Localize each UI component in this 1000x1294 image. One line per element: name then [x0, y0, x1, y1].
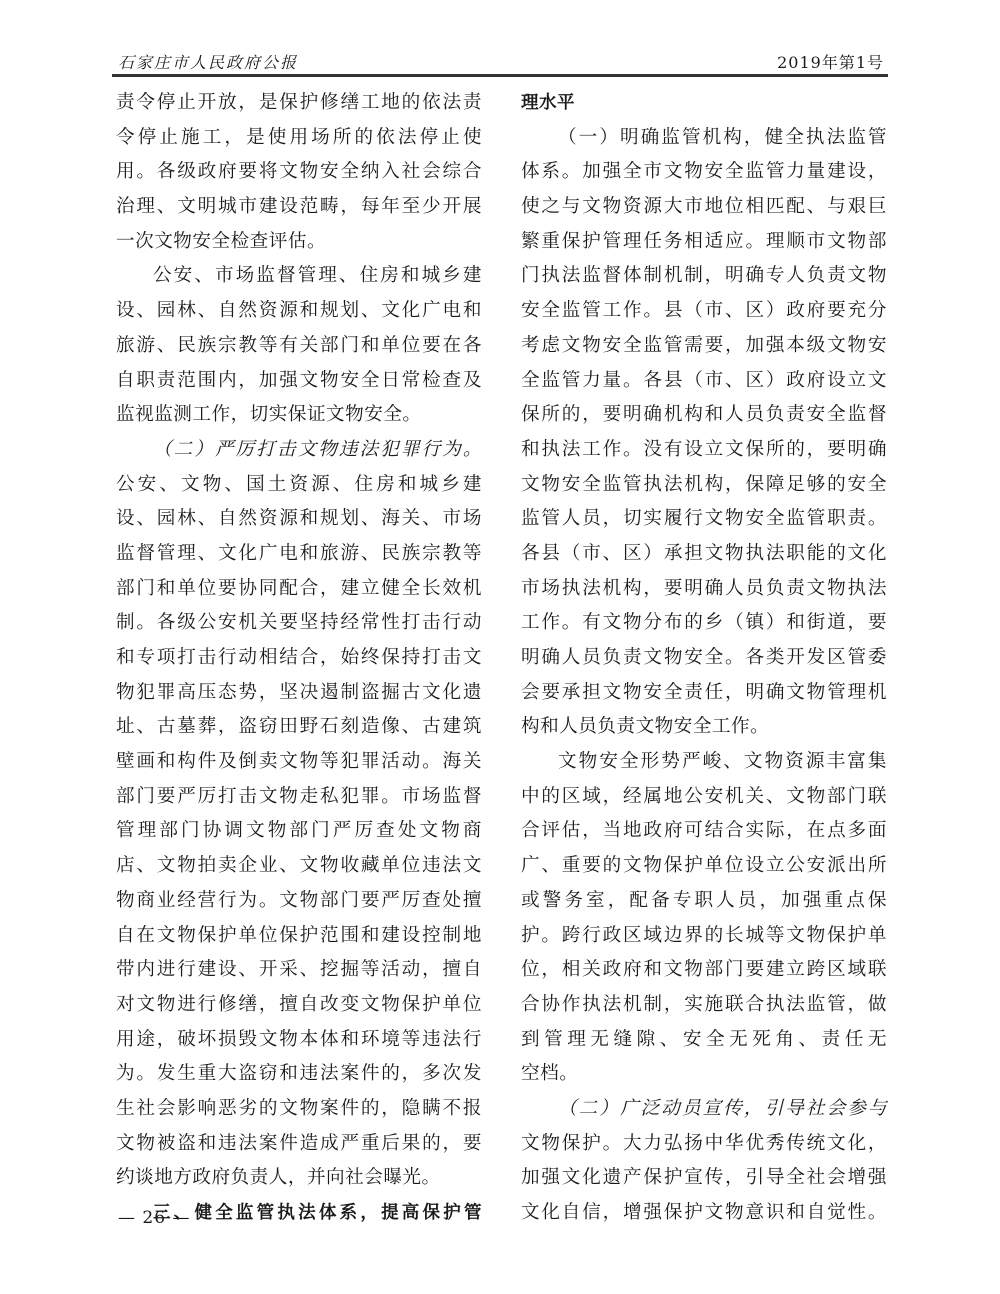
header-rule	[112, 74, 888, 77]
text-line: 门执法监督体制机制，明确专人负责文物	[521, 259, 887, 294]
text-line: 文物安全监管执法机构，保障足够的安全	[521, 468, 887, 503]
text-line: 公安、市场监督管理、住房和城乡建	[116, 259, 482, 294]
text-line: 考虑文物安全监管需要，加强本级文物安	[521, 329, 887, 364]
text-line: 设、园林、自然资源和规划、海关、市场	[116, 502, 482, 537]
text-line: 安全监管工作。县（市、区）政府要充分	[521, 294, 887, 329]
text-line: 工作。有文物分布的乡（镇）和街道，要	[521, 606, 887, 641]
text-line: 址、古墓葬，盗窃田野石刻造像、古建筑	[116, 710, 482, 745]
text-line: 旅游、民族宗教等有关部门和单位要在各	[116, 329, 482, 364]
text-line: （一）明确监管机构，健全执法监管	[521, 121, 887, 156]
text-line: 广、重要的文物保护单位设立公安派出所	[521, 849, 887, 884]
text-line: 责令停止开放，是保护修缮工地的依法责	[116, 86, 482, 121]
text-line: 用。各级政府要将文物安全纳入社会综合	[116, 155, 482, 190]
text-line: 带内进行建设、开采、挖掘等活动，擅自	[116, 953, 482, 988]
text-line: 体系。加强全市文物安全监管力量建设，	[521, 155, 887, 190]
text-line: 护。跨行政区域边界的长城等文物保护单	[521, 919, 887, 954]
text-line: 中的区域，经属地公安机关、文物部门联	[521, 780, 887, 815]
text-line: 壁画和构件及倒卖文物等犯罪活动。海关	[116, 745, 482, 780]
text-line: 全监管力量。各县（市、区）政府设立文	[521, 364, 887, 399]
text-line: 管理部门协调文物部门严厉查处文物商	[116, 814, 482, 849]
text-line: 各县（市、区）承担文物执法职能的文化	[521, 537, 887, 572]
text-line: 明确人员负责文物安全。各类开发区管委	[521, 641, 887, 676]
publication-title: 石家庄市人民政府公报	[118, 50, 298, 73]
issue-number: 2019年第1号	[777, 50, 884, 73]
text-line: 空档。	[521, 1057, 887, 1092]
text-line: 到管理无缝隙、安全无死角、责任无	[521, 1023, 887, 1058]
text-line: 自职责范围内，加强文物安全日常检查及	[116, 364, 482, 399]
text-line: 令停止施工，是使用场所的依法停止使	[116, 121, 482, 156]
text-line: 或警务室，配备专职人员，加强重点保	[521, 884, 887, 919]
text-line: 理水平	[521, 86, 887, 121]
text-line: 保所的，要明确机构和人员负责安全监督	[521, 398, 887, 433]
text-line: 设、园林、自然资源和规划、文化广电和	[116, 294, 482, 329]
page-header: 石家庄市人民政府公报 2019年第1号	[112, 46, 888, 74]
text-line: 物商业经营行为。文物部门要严厉查处擅	[116, 884, 482, 919]
text-line: 监视监测工作，切实保证文物安全。	[116, 398, 482, 433]
text-line: 合协作执法机制，实施联合执法监管，做	[521, 988, 887, 1023]
text-line: 为。发生重大盗窃和违法案件的，多次发	[116, 1057, 482, 1092]
text-line: 店、文物拍卖企业、文物收藏单位违法文	[116, 849, 482, 884]
text-line: 一次文物安全检查评估。	[116, 225, 482, 260]
text-line: 自在文物保护单位保护范围和建设控制地	[116, 919, 482, 954]
text-line: 文物被盗和违法案件造成严重后果的，要	[116, 1127, 482, 1162]
text-line: 生社会影响恶劣的文物案件的，隐瞒不报	[116, 1092, 482, 1127]
text-line: 公安、文物、国土资源、住房和城乡建	[116, 468, 482, 503]
text-line: 加强文化遗产保护宣传，引导全社会增强	[521, 1161, 887, 1196]
text-line: 物犯罪高压态势，坚决遏制盗掘古文化遗	[116, 676, 482, 711]
text-line: 市场执法机构，要明确人员负责文物执法	[521, 572, 887, 607]
text-line: 部门和单位要协同配合，建立健全长效机	[116, 572, 482, 607]
text-line: 监管人员，切实履行文物安全监管职责。	[521, 502, 887, 537]
text-line: 部门要严厉打击文物走私犯罪。市场监督	[116, 780, 482, 815]
text-line: 文化自信，增强保护文物意识和自觉性。	[521, 1196, 887, 1231]
text-line: 用途，破坏损毁文物本体和环境等违法行	[116, 1023, 482, 1058]
text-line: 监督管理、文化广电和旅游、民族宗教等	[116, 537, 482, 572]
text-line: 治理、文明城市建设范畴，每年至少开展	[116, 190, 482, 225]
text-line: 和执法工作。没有设立文保所的，要明确	[521, 433, 887, 468]
text-line: 制。各级公安机关要坚持经常性打击行动	[116, 606, 482, 641]
text-line: 会要承担文物安全责任，明确文物管理机	[521, 676, 887, 711]
left-column: 责令停止开放，是保护修缮工地的依法责令停止施工，是使用场所的依法停止使用。各级政…	[116, 86, 482, 1231]
text-line: 构和人员负责文物安全工作。	[521, 710, 887, 745]
text-line: （二）广泛动员宣传，引导社会参与	[521, 1092, 887, 1127]
text-line: 合评估，当地政府可结合实际，在点多面	[521, 814, 887, 849]
text-line: （二）严厉打击文物违法犯罪行为。	[116, 433, 482, 468]
page-number: — 26 —	[118, 1208, 190, 1228]
text-line: 对文物进行修缮，擅自改变文物保护单位	[116, 988, 482, 1023]
text-line: 和专项打击行动相结合，始终保持打击文	[116, 641, 482, 676]
right-column: 理水平（一）明确监管机构，健全执法监管体系。加强全市文物安全监管力量建设，使之与…	[521, 86, 887, 1231]
text-line: 使之与文物资源大市地位相匹配、与艰巨	[521, 190, 887, 225]
text-line: 文物安全形势严峻、文物资源丰富集	[521, 745, 887, 780]
text-line: 约谈地方政府负责人，并向社会曝光。	[116, 1161, 482, 1196]
text-line: 繁重保护管理任务相适应。理顺市文物部	[521, 225, 887, 260]
text-line: 位，相关政府和文物部门要建立跨区域联	[521, 953, 887, 988]
text-line: 文物保护。大力弘扬中华优秀传统文化，	[521, 1127, 887, 1162]
